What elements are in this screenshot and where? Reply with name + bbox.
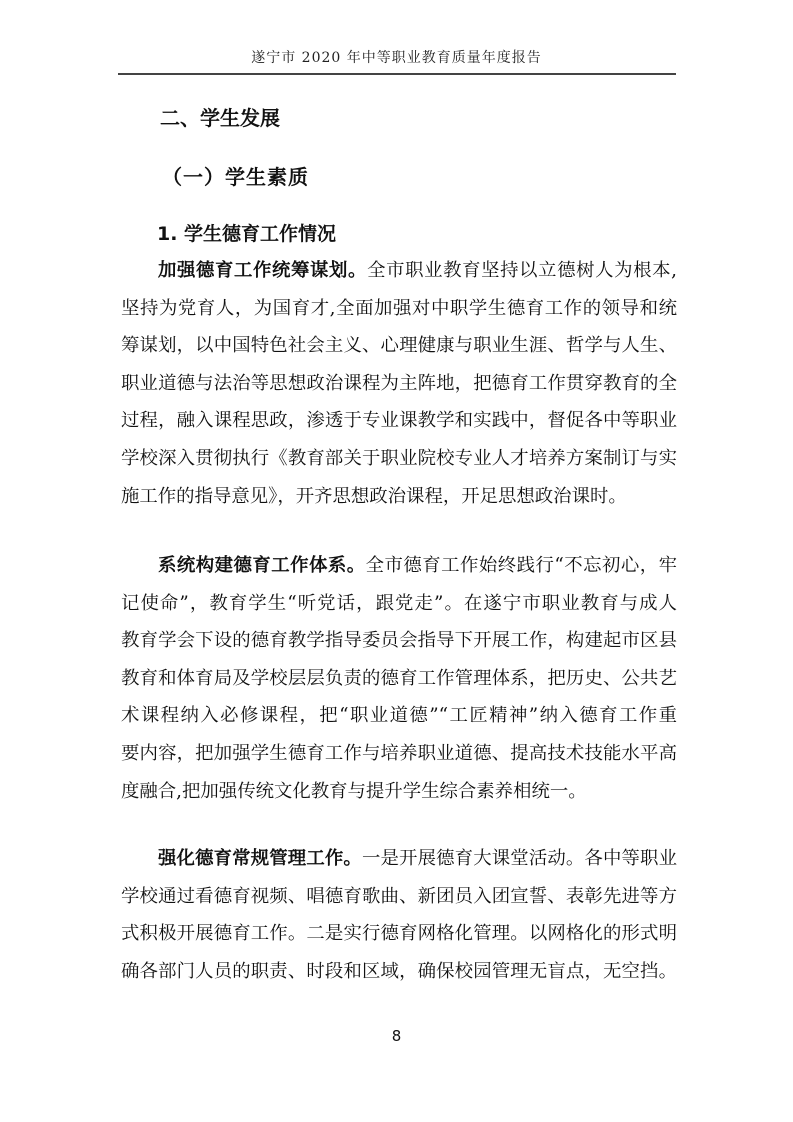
paragraph-line: 坚持为党育人，为国育才,全面加强对中职学生德育工作的领导和统 xyxy=(121,290,677,328)
paragraph-line: 确各部门人员的职责、时段和区域，确保校园管理无盲点，无空挡。 xyxy=(121,953,677,991)
header-divider xyxy=(118,73,676,75)
paragraph-moral-education-management: 强化德育常规管理工作。一是开展德育大课堂活动。各中等职业 学校通过看德育视频、唱… xyxy=(121,840,677,990)
section-heading: 二、学生发展 xyxy=(160,102,280,131)
paragraph-line: 度融合,把加强传统文化教育与提升学生综合素养相统一。 xyxy=(121,773,677,811)
paragraph-line: 系统构建德育工作体系。全市德育工作始终践行“不忘初心，牢 xyxy=(121,547,677,585)
subsection-heading: （一）学生素质 xyxy=(162,161,309,190)
paragraph-lead: 强化德育常规管理工作。 xyxy=(158,848,362,869)
paragraph-line: 学校深入贯彻执行《教育部关于职业院校专业人才培养方案制订与实 xyxy=(121,440,677,478)
paragraph-lead: 加强德育工作统筹谋划。 xyxy=(158,260,367,281)
paragraph-lead: 系统构建德育工作体系。 xyxy=(158,555,366,576)
paragraph-moral-education-system: 系统构建德育工作体系。全市德育工作始终践行“不忘初心，牢 记使命”，教育学生“听… xyxy=(121,547,677,810)
paragraph-line: 术课程纳入必修课程，把“职业道德”“工匠精神”纳入德育工作重 xyxy=(121,697,677,735)
paragraph-line: 强化德育常规管理工作。一是开展德育大课堂活动。各中等职业 xyxy=(121,840,677,878)
paragraph-line: 加强德育工作统筹谋划。全市职业教育坚持以立德树人为根本, xyxy=(121,252,677,290)
paragraph-line: 职业道德与法治等思想政治课程为主阵地，把德育工作贯穿教育的全 xyxy=(121,365,677,403)
paragraph-line: 过程，融入课程思政，渗透于专业课教学和实践中，督促各中等职业 xyxy=(121,402,677,440)
paragraph-line: 教育和体育局及学校层层负责的德育工作管理体系，把历史、公共艺 xyxy=(121,660,677,698)
page-number: 8 xyxy=(0,1027,793,1045)
paragraph-moral-education-planning: 加强德育工作统筹谋划。全市职业教育坚持以立德树人为根本, 坚持为党育人，为国育才… xyxy=(121,252,677,515)
paragraph-line: 要内容，把加强学生德育工作与培养职业道德、提高技术技能水平高 xyxy=(121,735,677,773)
header-title: 遂宁市 2020 年中等职业教育质量年度报告 xyxy=(0,47,793,67)
paragraph-line: 筹谋划，以中国特色社会主义、心理健康与职业生涯、哲学与人生、 xyxy=(121,327,677,365)
paragraph-line: 施工作的指导意见》，开齐思想政治课程，开足思想政治课时。 xyxy=(121,478,677,516)
paragraph-line: 教育学会下设的德育教学指导委员会指导下开展工作，构建起市区县 xyxy=(121,622,677,660)
paragraph-line: 学校通过看德育视频、唱德育歌曲、新团员入团宣誓、表彰先进等方 xyxy=(121,878,677,916)
item-heading: 1. 学生德育工作情况 xyxy=(157,219,336,246)
paragraph-line: 式积极开展德育工作。二是实行德育网格化管理。以网格化的形式明 xyxy=(121,915,677,953)
paragraph-line: 记使命”，教育学生“听党话，跟党走”。在遂宁市职业教育与成人 xyxy=(121,585,677,623)
